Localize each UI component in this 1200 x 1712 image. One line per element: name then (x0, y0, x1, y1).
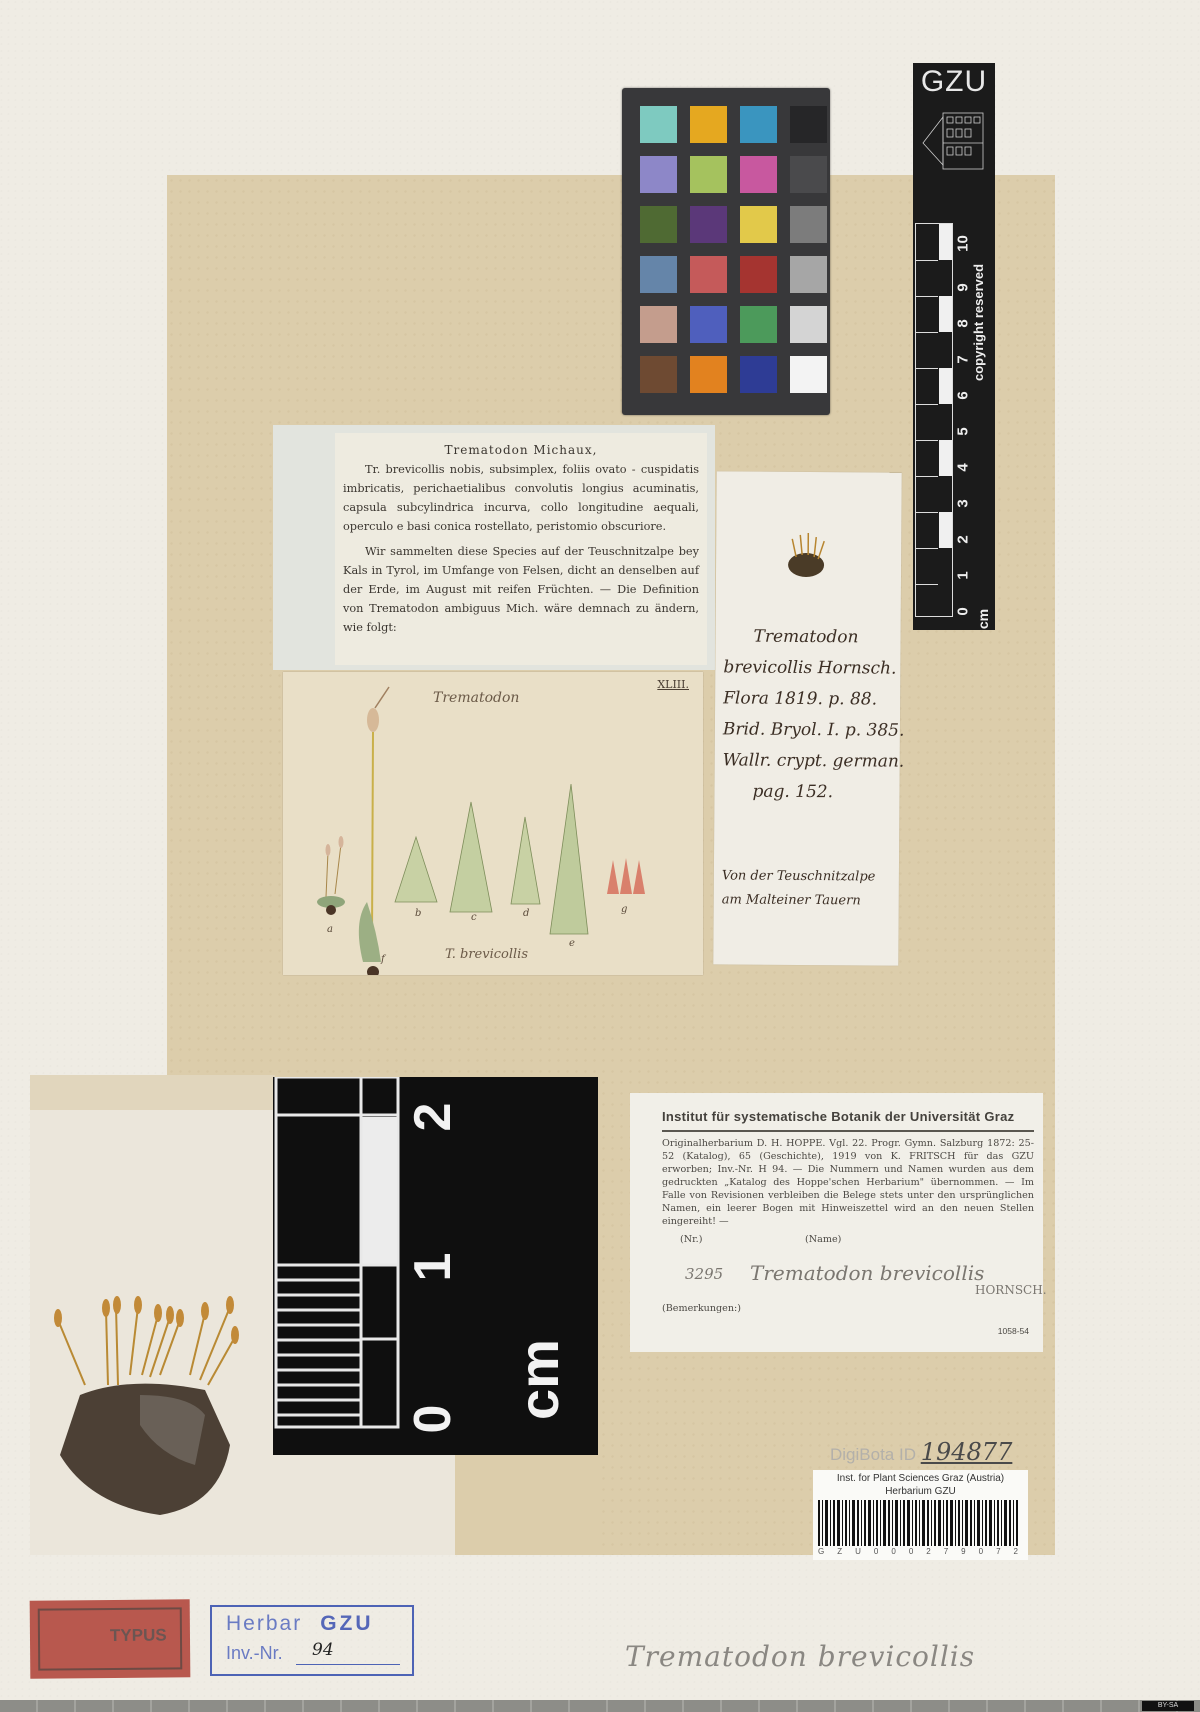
color-checker (622, 88, 830, 415)
color-swatch (740, 156, 777, 193)
color-swatch (640, 206, 677, 243)
color-swatch (640, 356, 677, 393)
slip-line: pag. 152. (722, 776, 894, 808)
underline (296, 1664, 400, 1665)
ruler-ticks (273, 1077, 403, 1455)
figure-letter: a (327, 924, 333, 935)
ruler-number: 2 (403, 1087, 463, 1147)
color-swatch (690, 356, 727, 393)
ruler-number: 2 (955, 530, 972, 550)
ruler-unit: cm (506, 1339, 571, 1420)
ruler-number: 1 (955, 566, 972, 586)
remarks-field-label: (Bemerkungen:) (662, 1303, 741, 1314)
barcode-digit: 7 (996, 1547, 1000, 1556)
moss-fragment-icon (778, 527, 833, 582)
color-swatch (790, 256, 827, 293)
barcode-digit: Z (837, 1547, 842, 1556)
digibota-number: 194877 (921, 1438, 1013, 1466)
figure-letter: g (621, 904, 627, 915)
ruler-bar (915, 223, 953, 617)
color-swatch (790, 206, 827, 243)
specimen-name-handwritten: Trematodon brevicollis (625, 1640, 975, 1673)
barcode-line1: Inst. for Plant Sciences Graz (Austria) (813, 1473, 1028, 1484)
building-icon (921, 103, 987, 173)
handwritten-slip: Trematodon brevicollis Hornsch. Flora 18… (713, 471, 901, 965)
color-swatch (640, 106, 677, 143)
gzu-scale-ruler: GZU 0 1 2 3 4 5 6 7 8 9 10 copyright res… (913, 63, 995, 630)
label-title: Trematodon Michaux, (343, 441, 699, 460)
barcode-digit: 7 (944, 1547, 948, 1556)
color-swatch (640, 156, 677, 193)
moss-drawing-icon (283, 672, 703, 975)
barcode-digit: 9 (961, 1547, 965, 1556)
divider (662, 1130, 1034, 1132)
slip-line: Flora 1819. p. 88. (723, 683, 895, 715)
barcode-digit: 0 (891, 1547, 895, 1556)
ruler-number: 3 (955, 494, 972, 514)
color-swatch (690, 106, 727, 143)
figure-letter: e (569, 938, 575, 949)
ruler-number: 9 (955, 278, 972, 298)
color-swatch (740, 306, 777, 343)
color-swatch (740, 106, 777, 143)
color-swatch (790, 106, 827, 143)
color-swatch (690, 156, 727, 193)
ruler-number: 1 (403, 1237, 463, 1297)
illustration-caption: T. brevicollis (445, 947, 528, 962)
moss-specimen-icon (30, 1075, 275, 1555)
barcode-digit: U (855, 1547, 861, 1556)
barcode-digit: 0 (874, 1547, 878, 1556)
institut-label: Institut für systematische Botanik der U… (630, 1093, 1043, 1352)
ruler-number: 7 (955, 350, 972, 370)
license-badge: BY-SA (1142, 1701, 1194, 1711)
ruler-number: 10 (955, 234, 972, 254)
digibota-label: DigiBota ID (830, 1445, 916, 1464)
ruler-number: 8 (955, 314, 972, 334)
barcode-line2: Herbarium GZU (813, 1486, 1028, 1497)
botanical-illustration: Trematodon XLIII. a f b c d e g T. brevi… (283, 672, 703, 975)
herbar-code: GZU (320, 1612, 373, 1635)
color-swatch (690, 306, 727, 343)
barcode-icon (818, 1500, 1018, 1546)
barcode-digit: 2 (1014, 1547, 1018, 1556)
slip-line: Brid. Bryol. I. p. 385. (723, 714, 895, 746)
figure-letter: f (381, 954, 385, 965)
slip-line: Trematodon (723, 621, 895, 653)
slip-note-line: am Malteiner Tauern (722, 888, 894, 913)
ruler-number: 0 (955, 602, 972, 622)
barcode-label: Inst. for Plant Sciences Graz (Austria) … (813, 1470, 1028, 1560)
figure-letter: c (471, 912, 477, 923)
ruler-number: 4 (955, 458, 972, 478)
ruler-number: 6 (955, 386, 972, 406)
ruler-unit: cm (975, 609, 991, 629)
label-description: Wir sammelten diese Species auf der Teus… (343, 542, 699, 637)
barcode-digits: GZU000279072 (818, 1547, 1018, 1556)
color-swatch (740, 256, 777, 293)
name-field-label: (Name) (805, 1234, 841, 1245)
color-swatch (640, 306, 677, 343)
paper-strip (455, 1455, 598, 1555)
ruler-number: 0 (403, 1389, 463, 1449)
barcode-digit: G (818, 1547, 824, 1556)
label-code: 1058-54 (998, 1326, 1029, 1336)
figure-letter: b (415, 908, 421, 919)
herbar-gzu-stamp: HerbarGZU Inv.-Nr. 94 (210, 1605, 414, 1676)
barcode-digit: 2 (926, 1547, 930, 1556)
herbar-label: Herbar (226, 1612, 302, 1635)
color-swatch (790, 356, 827, 393)
color-swatch (690, 206, 727, 243)
color-swatch (790, 306, 827, 343)
color-swatch (790, 156, 827, 193)
nr-field-label: (Nr.) (680, 1234, 702, 1245)
slip-line: Wallr. crypt. german. (723, 745, 895, 777)
gzu-logo: GZU (913, 65, 995, 99)
copyright-text: copyright reserved (971, 264, 986, 381)
barcode-digit: 0 (909, 1547, 913, 1556)
barcode-digit: 0 (979, 1547, 983, 1556)
figure-letter: d (523, 908, 529, 919)
color-swatch (740, 206, 777, 243)
digibota-id: DigiBota ID 194877 (830, 1438, 1012, 1466)
name-value: Trematodon brevicollis (750, 1261, 984, 1285)
inventory-number: 94 (312, 1640, 334, 1660)
color-swatch (740, 356, 777, 393)
institut-title: Institut für systematische Botanik der U… (662, 1109, 1014, 1124)
institut-body: Originalherbarium D. H. HOPPE. Vgl. 22. … (662, 1137, 1034, 1228)
scanner-background (0, 1700, 1200, 1712)
color-swatch (690, 256, 727, 293)
typus-text: TYPUS (110, 1626, 167, 1646)
typus-stamp: TYPUS (30, 1599, 191, 1678)
label-diagnosis: Tr. brevicollis nobis, subsimplex, folii… (343, 460, 699, 536)
printed-protologue-label: Trematodon Michaux, Tr. brevicollis nobi… (273, 425, 715, 670)
color-swatch (640, 256, 677, 293)
slip-line: brevicollis Hornsch. (723, 652, 895, 684)
author-value: HORNSCH. (975, 1283, 1047, 1297)
slip-note-line: Von der Teuschnitzalpe (722, 864, 894, 889)
inventory-label: Inv.-Nr. (226, 1643, 283, 1664)
ruler-number: 5 (955, 422, 972, 442)
moss-specimen-panel (30, 1075, 275, 1555)
paper-strip (273, 1455, 455, 1555)
large-scale-ruler: 0 1 2 cm (273, 1077, 598, 1455)
nr-value: 3295 (685, 1265, 723, 1283)
